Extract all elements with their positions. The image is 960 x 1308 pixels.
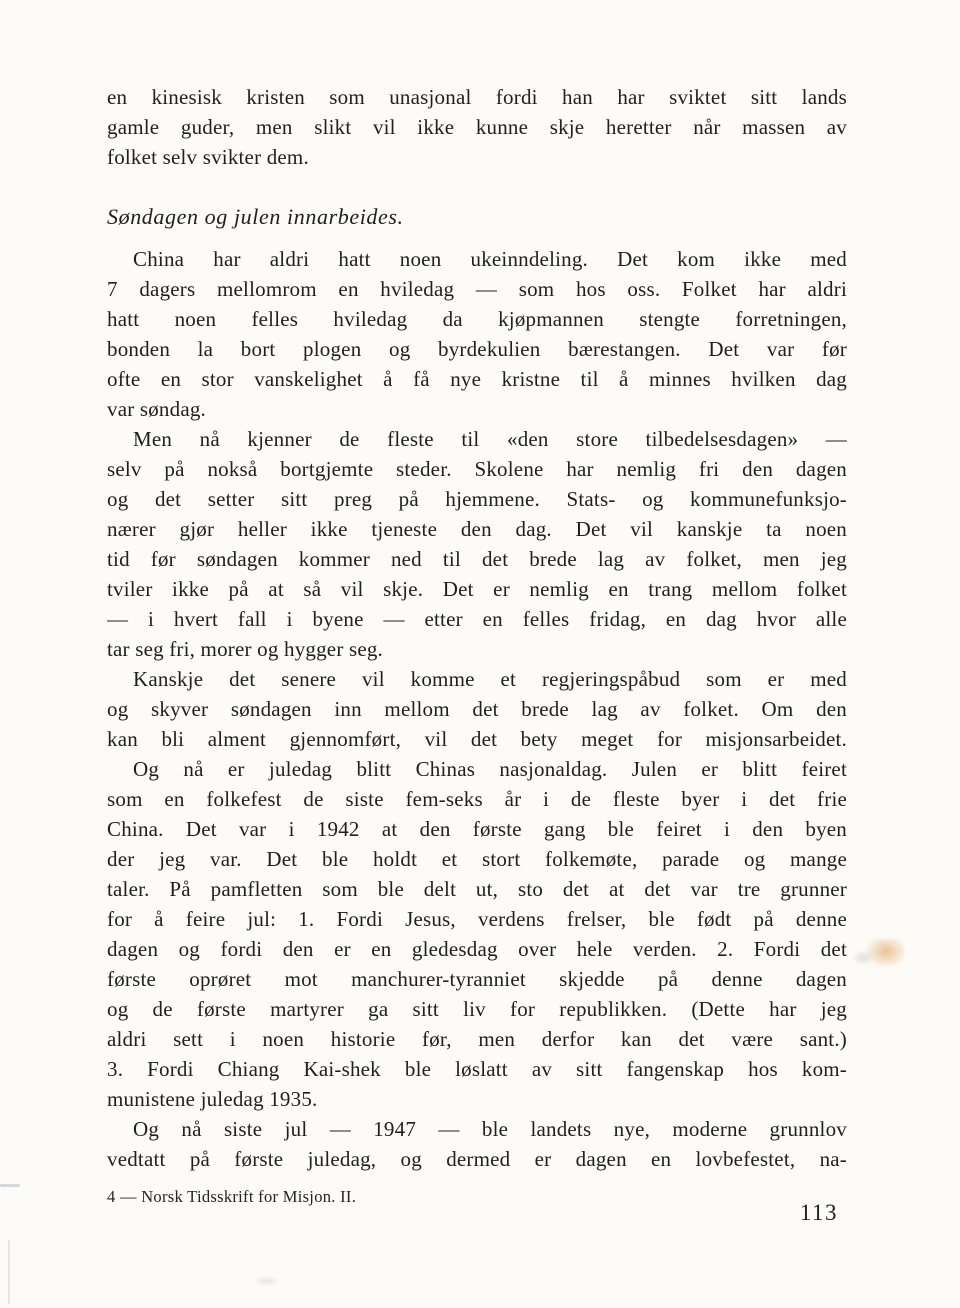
text-line: bonden la bort plogen og byrdekulien bær… [107, 334, 847, 364]
text-line: Men nå kjenner de fleste til «den store … [107, 424, 847, 454]
scan-artifact-left-line [8, 1240, 10, 1304]
text-line: tviler ikke på at så vil skje. Det er ne… [107, 574, 847, 604]
scan-artifact-left-dash [0, 1184, 20, 1187]
text-line: tar seg fri, morer og hygger seg. [107, 634, 847, 664]
text-line: taler. På pamfletten som ble delt ut, st… [107, 874, 847, 904]
text-line: folket selv svikter dem. [107, 142, 847, 172]
text-line: Kanskje det senere vil komme et regjerin… [107, 664, 847, 694]
scan-artifact-bottom-smudge [252, 1276, 280, 1286]
text-line: selv på nokså bortgjemte steder. Skolene… [107, 454, 847, 484]
text-line: 7 dagers mellomrom en hviledag — som hos… [107, 274, 847, 304]
text-line: tid før søndagen kommer ned til det bred… [107, 544, 847, 574]
text-line: der jeg var. Det ble holdt et stort folk… [107, 844, 847, 874]
text-line: og skyver søndagen inn mellom det brede … [107, 694, 847, 724]
text-block: en kinesisk kristen som unasjonal fordi … [107, 82, 847, 1174]
text-line: gamle guder, men slikt vil ikke kunne sk… [107, 112, 847, 142]
text-line: hatt noen felles hviledag da kjøpmannen … [107, 304, 847, 334]
text-line: kan bli alment gjennomført, vil det bety… [107, 724, 847, 754]
text-line: dagen og fordi den er en gledesdag over … [107, 934, 847, 964]
text-line: 3. Fordi Chiang Kai-shek ble løslatt av … [107, 1054, 847, 1084]
text-line: nærer gjør heller ikke tjeneste den dag.… [107, 514, 847, 544]
text-line: Og nå siste jul — 1947 — ble landets nye… [107, 1114, 847, 1144]
footnote: 4 — Norsk Tidsskrift for Misjon. II. [107, 1186, 356, 1208]
text-line: for å feire jul: 1. Fordi Jesus, verdens… [107, 904, 847, 934]
text-line: — i hvert fall i byene — etter en felles… [107, 604, 847, 634]
text-line: ofte en stor vanskelighet å få nye krist… [107, 364, 847, 394]
text-line: og det setter sitt preg på hjemmene. Sta… [107, 484, 847, 514]
text-line: som en folkefest de siste fem-seks år i … [107, 784, 847, 814]
page-number: 113 [800, 1200, 838, 1226]
scan-artifact-orange-smudge [864, 938, 904, 968]
text-line: munistene juledag 1935. [107, 1084, 847, 1114]
text-line: en kinesisk kristen som unasjonal fordi … [107, 82, 847, 112]
text-line: China har aldri hatt noen ukeinndeling. … [107, 244, 847, 274]
scanned-book-page: en kinesisk kristen som unasjonal fordi … [0, 0, 960, 1308]
text-line: Og nå er juledag blitt Chinas nasjonalda… [107, 754, 847, 784]
text-line: China. Det var i 1942 at den første gang… [107, 814, 847, 844]
text-line: og de første martyrer ga sitt liv for re… [107, 994, 847, 1024]
text-line: første oprøret mot manchurer-tyranniet s… [107, 964, 847, 994]
text-line: var søndag. [107, 394, 847, 424]
text-line: vedtatt på første juledag, og dermed er … [107, 1144, 847, 1174]
text-line: aldri sett i noen historie før, men derf… [107, 1024, 847, 1054]
section-heading: Søndagen og julen innarbeides. [107, 202, 847, 232]
scan-artifact-grey-smudge [852, 950, 874, 966]
